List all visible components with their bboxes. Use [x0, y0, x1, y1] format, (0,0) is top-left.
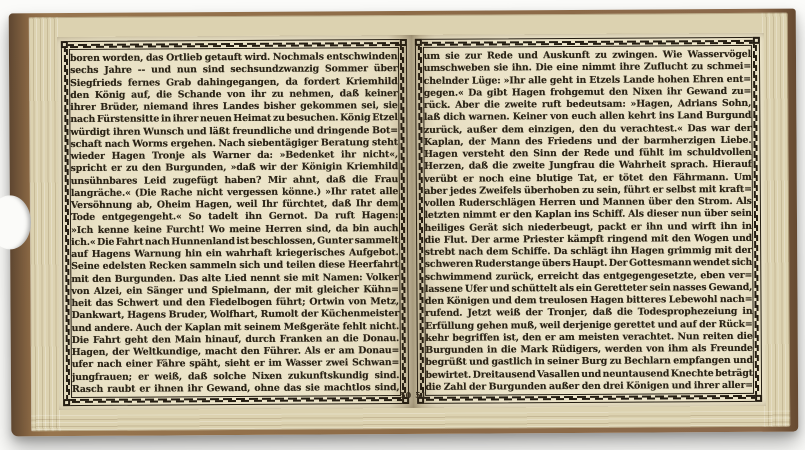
book: borenworden,dasOrtliebgetauftwird.Nochma… [9, 9, 799, 437]
page-number-left: 50 [400, 390, 411, 400]
border-corner-icon [755, 395, 762, 402]
border-corner-icon [399, 39, 406, 46]
page-number-right: 51 [415, 390, 426, 400]
page-text-left: borenworden,dasOrtliebgetauftwird.Nochma… [70, 50, 400, 395]
page-spread: borenworden,dasOrtliebgetauftwird.Nochma… [57, 33, 766, 410]
text-line: RaschraubterihnenihrGewand,ohnedassiemac… [72, 381, 400, 395]
border-corner-icon [753, 37, 760, 44]
border-corner-icon [61, 41, 68, 48]
page-edge-stack-bottom [31, 411, 790, 432]
page-text-right: umsiezurRedeundAuskunftzuzwingen.WieWass… [423, 48, 753, 393]
photo-background: borenworden,dasOrtliebgetauftwird.Nochma… [0, 0, 805, 450]
book-page-right: umsiezurRedeundAuskunftzuzwingen.WieWass… [410, 33, 766, 408]
book-page-left: borenworden,dasOrtliebgetauftwird.Nochma… [57, 35, 413, 410]
text-line: dieZahlderBurgundenaußerdendreiKönigenun… [425, 379, 753, 393]
border-corner-icon [63, 399, 70, 406]
page-edge-stack-right [762, 13, 791, 427]
thumb-notch [0, 195, 31, 249]
border-corner-icon [414, 39, 421, 46]
